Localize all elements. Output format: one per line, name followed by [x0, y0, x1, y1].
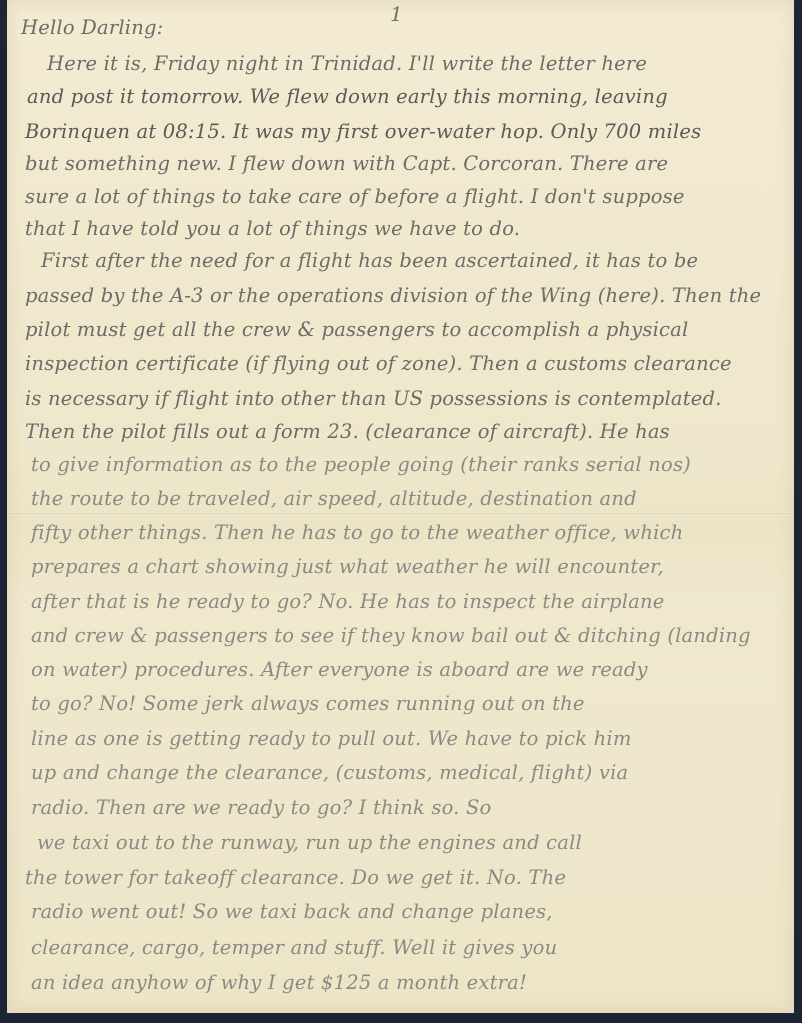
letter-line: Then the pilot fills out a form 23. (cle… — [25, 420, 670, 443]
page-number: 1 — [390, 2, 403, 26]
letter-line: clearance, cargo, temper and stuff. Well… — [31, 936, 557, 959]
letter-line: and crew & passengers to see if they kno… — [31, 624, 751, 647]
letter-closing-line: an idea anyhow of why I get $125 a month… — [31, 971, 527, 994]
letter-line: is necessary if flight into other than U… — [25, 387, 722, 410]
letter-line: Here it is, Friday night in Trinidad. I'… — [47, 52, 647, 75]
letter-line: Borinquen at 08:15. It was my first over… — [25, 120, 701, 143]
letter-line: that I have told you a lot of things we … — [25, 217, 520, 240]
letter-line: prepares a chart showing just what weath… — [31, 555, 664, 578]
letter-line: First after the need for a flight has be… — [41, 249, 698, 272]
letter-line: pilot must get all the crew & passengers… — [25, 318, 688, 341]
salutation: Hello Darling: — [21, 16, 163, 39]
letter-line: up and change the clearance, (customs, m… — [31, 761, 628, 784]
letter-line: sure a lot of things to take care of bef… — [25, 185, 685, 208]
letter-line: radio. Then are we ready to go? I think … — [31, 796, 491, 819]
letter-line: line as one is getting ready to pull out… — [31, 727, 632, 750]
letter-line: but something new. I flew down with Capt… — [25, 152, 668, 175]
paper-fold-crease — [7, 512, 794, 514]
letter-line: and post it tomorrow. We flew down early… — [27, 85, 668, 108]
scanned-letter: 1 Hello Darling: Here it is, Friday nigh… — [0, 0, 802, 1023]
letter-line: radio went out! So we taxi back and chan… — [31, 900, 553, 923]
letter-line: the tower for takeoff clearance. Do we g… — [25, 866, 566, 889]
letter-line: we taxi out to the runway, run up the en… — [37, 831, 582, 854]
letter-line: to give information as to the people goi… — [31, 453, 691, 476]
letter-paper: 1 Hello Darling: Here it is, Friday nigh… — [7, 0, 794, 1013]
letter-line: passed by the A-3 or the operations divi… — [25, 284, 761, 307]
letter-line: fifty other things. Then he has to go to… — [31, 521, 683, 544]
letter-line: the route to be traveled, air speed, alt… — [31, 487, 637, 510]
letter-line: on water) procedures. After everyone is … — [31, 658, 648, 681]
letter-line: inspection certificate (if flying out of… — [25, 352, 732, 375]
letter-line: to go? No! Some jerk always comes runnin… — [31, 692, 585, 715]
letter-line: after that is he ready to go? No. He has… — [31, 590, 664, 613]
